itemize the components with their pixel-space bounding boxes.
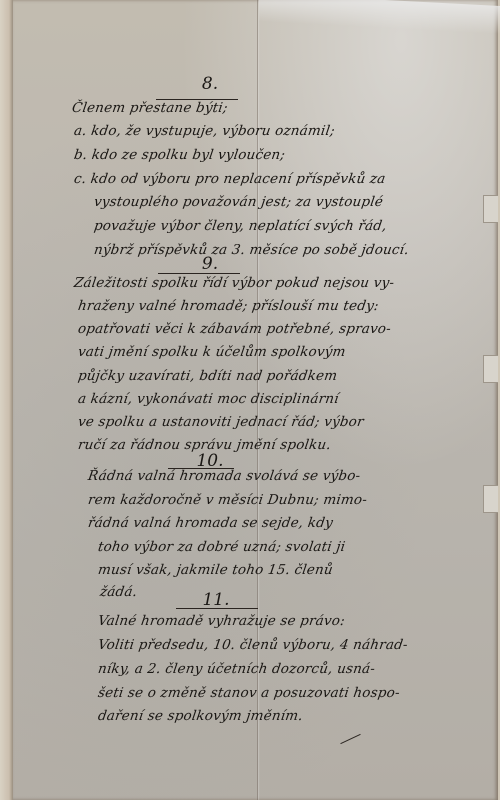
text-line: toho výbor za dobré uzná; svolati ji: [97, 539, 346, 555]
pen-stroke: [340, 734, 360, 744]
text-line: daření se spolkovým jměním.: [97, 708, 304, 724]
text-line: a kázní, vykonávati moc disciplinární: [77, 391, 340, 407]
section-rule: [176, 608, 258, 609]
text-line: vati jmění spolku k účelům spolkovým: [77, 344, 347, 360]
section-number: 11.: [196, 590, 236, 610]
text-line: hraženy valné hromadě; příslouší mu tedy…: [77, 298, 380, 314]
text-line: Valné hromadě vyhražuje se právo:: [97, 613, 346, 629]
text-line: rem každoročně v měsíci Dubnu; mimo-: [87, 492, 368, 508]
text-line: Členem přestane býti;: [71, 100, 229, 116]
text-line: a. kdo, že vystupuje, výboru oznámil;: [73, 123, 336, 139]
text-line: vystouplého považován jest; za vystouplé: [93, 194, 384, 210]
text-line: níky, a 2. členy účetních dozorců, usná-: [97, 661, 376, 677]
text-line: považuje výbor členy, neplatící svých řá…: [93, 218, 388, 234]
text-line: c. kdo od výboru pro neplacení příspěvků…: [73, 171, 387, 187]
text-line: Voliti předsedu, 10. členů výboru, 4 náh…: [97, 637, 409, 653]
text-line: Řádná valná hromada svolává se výbo-: [87, 468, 362, 484]
section-rule: [158, 273, 240, 274]
text-line: řádná valná hromada se sejde, kdy: [87, 515, 334, 531]
text-line: Záležitosti spolku řídí výbor pokud nejs…: [73, 275, 395, 291]
section-number: 8.: [190, 74, 230, 94]
handwritten-text: 8. Členem přestane býti; a. kdo, že vyst…: [0, 0, 500, 800]
text-line: ve spolku a ustanoviti jednací řád; výbo…: [77, 414, 365, 430]
text-line: musí však, jakmile toho 15. členů: [97, 562, 334, 578]
text-line: opatřovati věci k zábavám potřebné, spra…: [77, 321, 392, 337]
section-number: 9.: [190, 254, 230, 274]
text-line: šeti se o změně stanov a posuzovati hosp…: [97, 685, 401, 701]
text-line: b. kdo ze spolku byl vyloučen;: [73, 147, 286, 163]
text-line: půjčky uzavírati, bdíti nad pořádkem: [77, 368, 338, 384]
text-line: nýbrž příspěvků za 3. měsíce po sobě jdo…: [93, 242, 410, 258]
text-line: žádá.: [99, 584, 138, 600]
